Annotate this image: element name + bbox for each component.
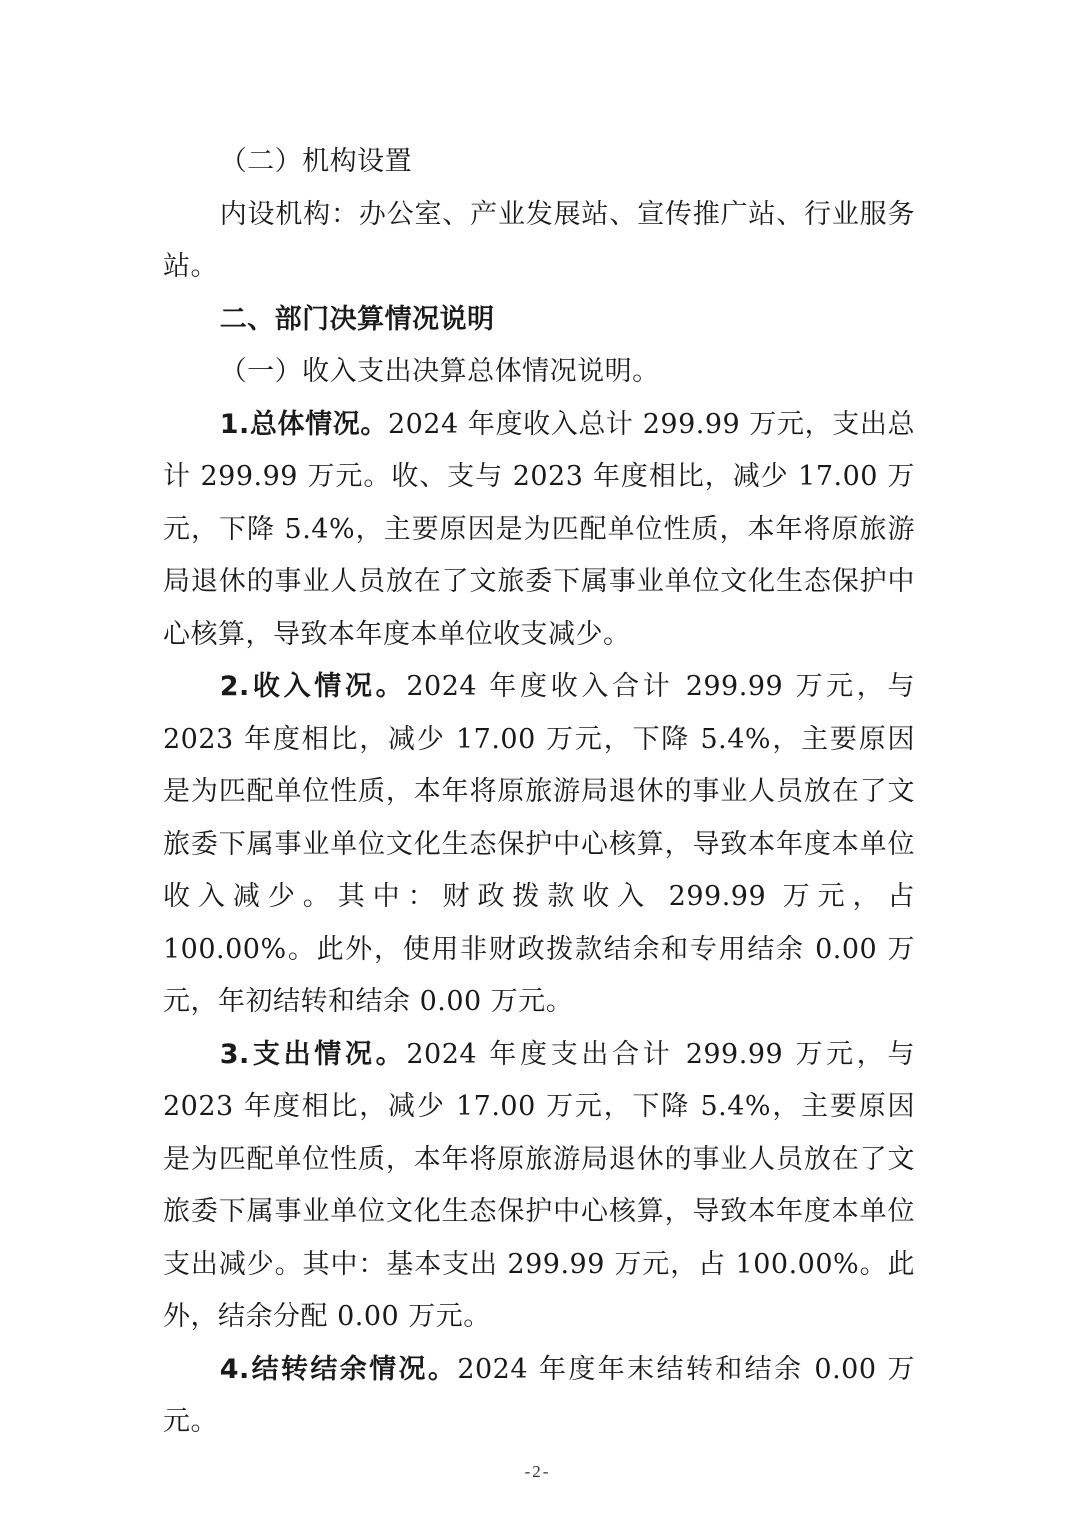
paragraph-income: 2.收入情况。2024 年度收入合计 299.99 万元，与 2023 年度相比… (163, 661, 915, 1029)
paragraph-expenditure: 3.支出情况。2024 年度支出合计 299.99 万元，与 2023 年度相比… (163, 1029, 915, 1344)
paragraph-lead-income: 2.收入情况。 (220, 671, 407, 702)
document-page: （二）机构设置 内设机构：办公室、产业发展站、宣传推广站、行业服务站。 二、部门… (163, 136, 915, 1449)
paragraph-lead-overall: 1.总体情况。 (220, 409, 388, 440)
paragraph-carryover: 4.结转结余情况。2024 年度年末结转和结余 0.00 万元。 (163, 1344, 915, 1449)
paragraph-body-expenditure: 2024 年度支出合计 299.99 万元，与 2023 年度相比，减少 17.… (163, 1039, 915, 1333)
part-heading-final-accounts: 二、部门决算情况说明 (163, 294, 915, 347)
paragraph-body-income: 2024 年度收入合计 299.99 万元，与 2023 年度相比，减少 17.… (163, 671, 915, 1017)
paragraph-body-overall: 2024 年度收入总计 299.99 万元，支出总计 299.99 万元。收、支… (163, 409, 915, 650)
paragraph-lead-carryover: 4.结转结余情况。 (220, 1354, 458, 1385)
paragraph-overall: 1.总体情况。2024 年度收入总计 299.99 万元，支出总计 299.99… (163, 399, 915, 662)
paragraph-lead-expenditure: 3.支出情况。 (220, 1039, 407, 1070)
section-heading-organization: （二）机构设置 (163, 136, 915, 189)
subsection-heading-overview: （一）收入支出决算总体情况说明。 (163, 346, 915, 399)
page-number: -2- (0, 1462, 1075, 1482)
internal-departments-paragraph: 内设机构：办公室、产业发展站、宣传推广站、行业服务站。 (163, 189, 915, 294)
